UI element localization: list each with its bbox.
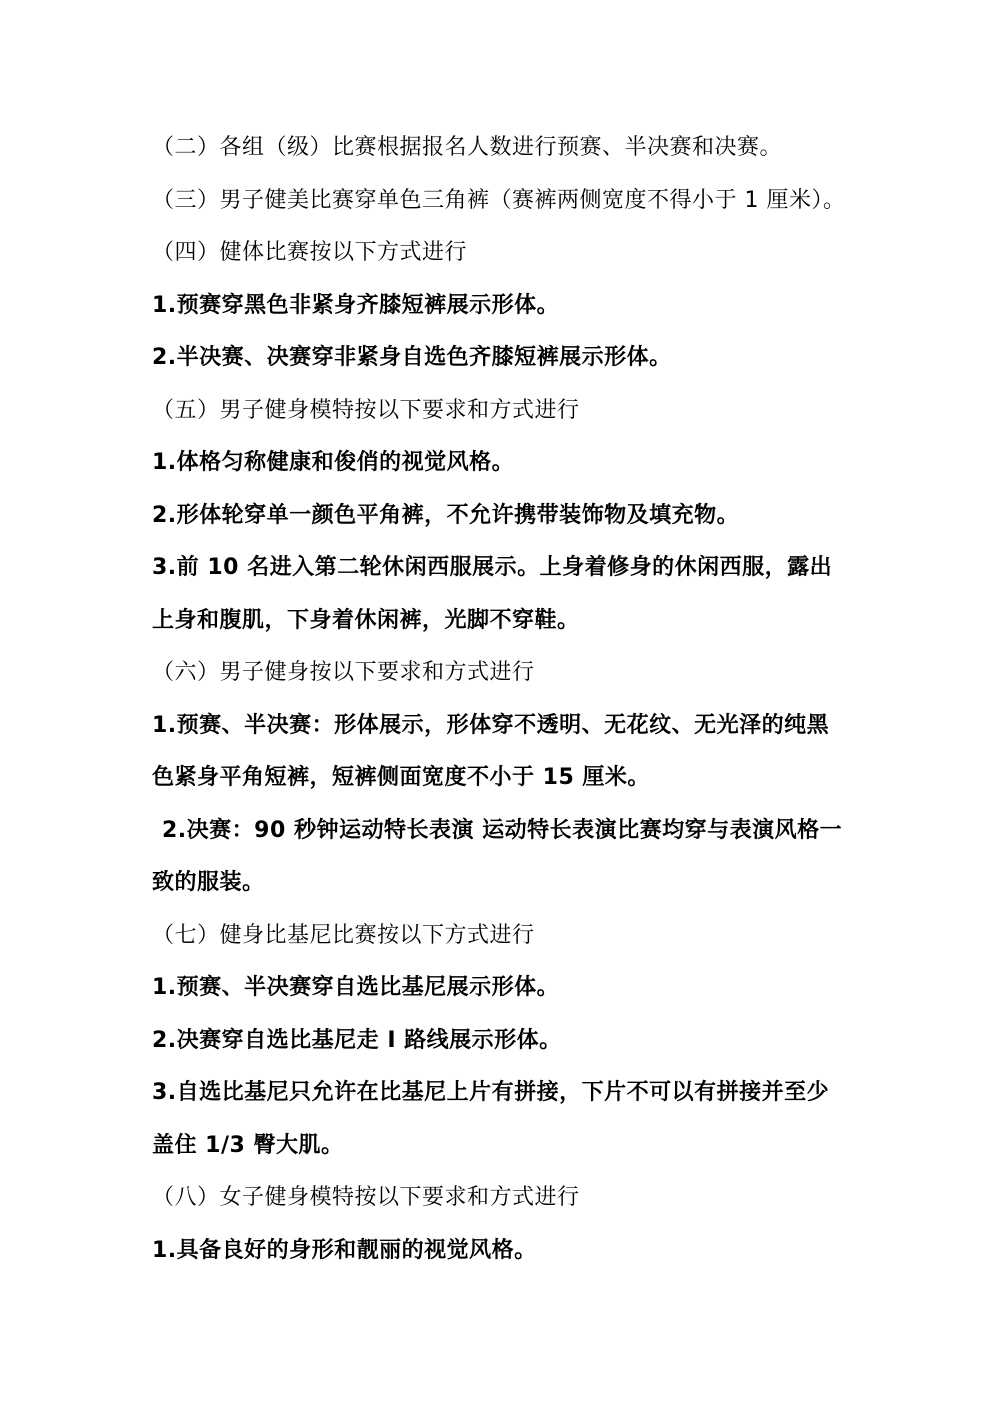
list-item-continuation: 盖住 1/3 臀大肌。: [152, 1131, 343, 1161]
section-heading-5: （五）男子健身模特按以下要求和方式进行: [152, 396, 580, 426]
document-page: （二）各组（级）比赛根据报名人数进行预赛、半决赛和决赛。 （三）男子健美比赛穿单…: [0, 0, 1004, 1420]
list-item: 3.前 10 名进入第二轮休闲西服展示。上身着修身的休闲西服，露出: [152, 553, 832, 583]
list-item-continuation: 上身和腹肌，下身着休闲裤，光脚不穿鞋。: [152, 606, 580, 636]
list-item: 1.具备良好的身形和靓丽的视觉风格。: [152, 1236, 537, 1266]
list-item-continuation: 致的服装。: [152, 868, 265, 898]
list-item-continuation: 色紧身平角短裤，短裤侧面宽度不小于 15 厘米。: [152, 763, 650, 793]
list-item: 2.形体轮穿单一颜色平角裤，不允许携带装饰物及填充物。: [152, 501, 739, 531]
list-item: 1.预赛、半决赛穿自选比基尼展示形体。: [152, 973, 559, 1003]
section-heading-7: （七）健身比基尼比赛按以下方式进行: [152, 921, 535, 951]
section-heading-3: （三）男子健美比赛穿单色三角裤（赛裤两侧宽度不得小于 1 厘米）。: [152, 186, 846, 216]
list-item: 2.半决赛、决赛穿非紧身自选色齐膝短裤展示形体。: [152, 343, 672, 373]
list-item: 3.自选比基尼只允许在比基尼上片有拼接，下片不可以有拼接并至少: [152, 1078, 829, 1108]
section-heading-2: （二）各组（级）比赛根据报名人数进行预赛、半决赛和决赛。: [152, 133, 782, 163]
list-item: 1.预赛、半决赛：形体展示，形体穿不透明、无花纹、无光泽的纯黑: [152, 711, 829, 741]
section-heading-6: （六）男子健身按以下要求和方式进行: [152, 658, 535, 688]
list-item: 2.决赛：90 秒钟运动特长表演 运动特长表演比赛均穿与表演风格一: [162, 816, 842, 846]
list-item: 1.体格匀称健康和俊俏的视觉风格。: [152, 448, 514, 478]
list-item: 1.预赛穿黑色非紧身齐膝短裤展示形体。: [152, 291, 559, 321]
list-item: 2.决赛穿自选比基尼走 I 路线展示形体。: [152, 1026, 562, 1056]
section-heading-4: （四）健体比赛按以下方式进行: [152, 238, 467, 268]
section-heading-8: （八）女子健身模特按以下要求和方式进行: [152, 1183, 580, 1213]
